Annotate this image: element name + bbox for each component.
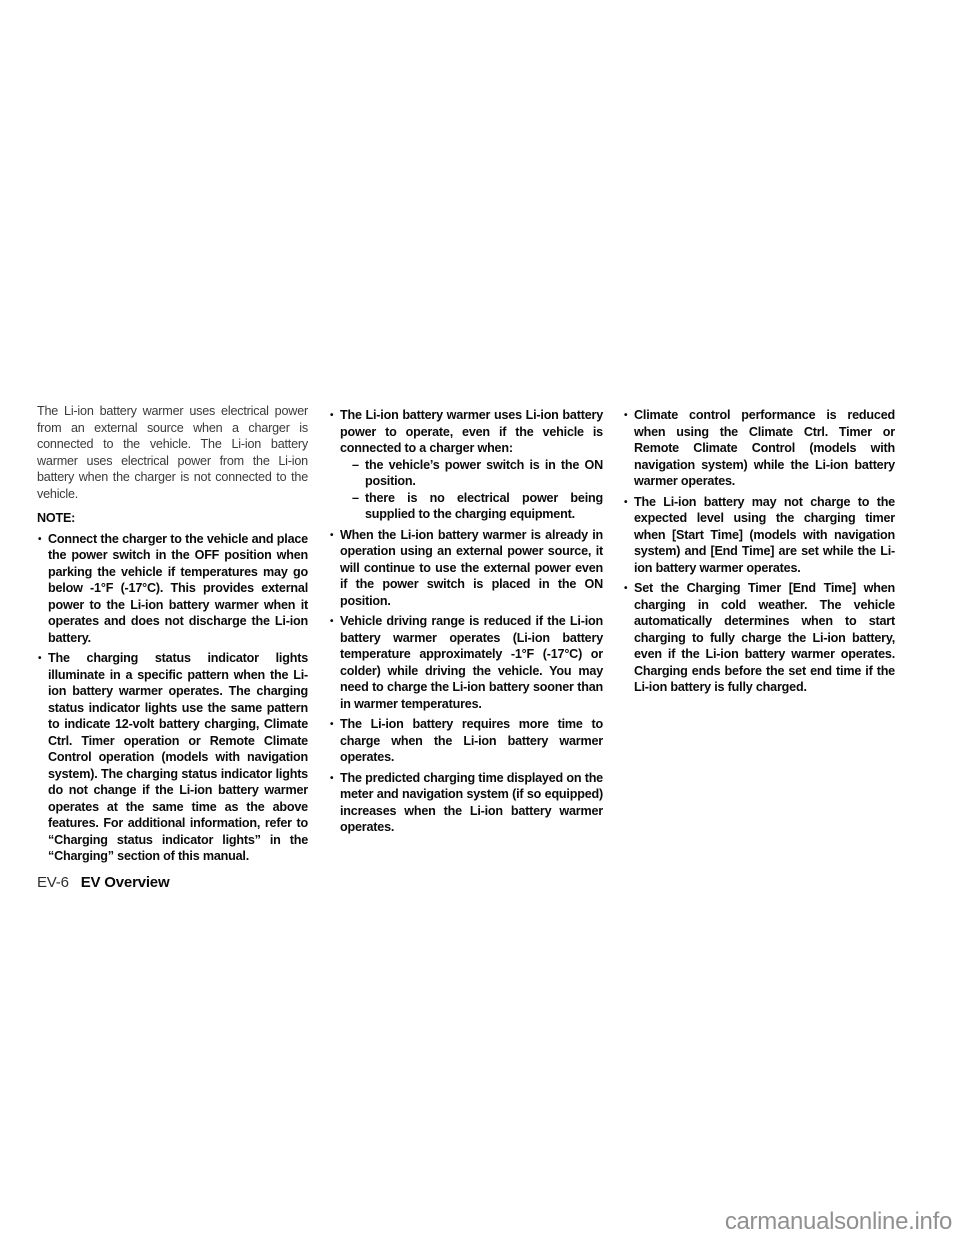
- dash-marker: –: [352, 457, 359, 474]
- page-footer: EV-6EV Overview: [37, 874, 169, 891]
- bullet-marker: •: [624, 408, 627, 425]
- section-title: EV Overview: [81, 874, 170, 891]
- column-1: The Li-ion battery warmer uses electrica…: [37, 403, 308, 865]
- bullet-marker: •: [330, 614, 333, 631]
- dash-marker: –: [352, 490, 359, 507]
- sub-bullet-text: the vehicle’s power switch is in the ON …: [365, 458, 603, 489]
- bullet-text: The predicted charging time displayed on…: [340, 771, 603, 835]
- bullet-item: • The charging status indicator lights i…: [37, 650, 308, 865]
- bullet-text: Connect the charger to the vehicle and p…: [48, 532, 308, 645]
- bullet-item: • The Li-ion battery may not charge to t…: [623, 494, 895, 577]
- bullet-text: Set the Charging Timer [End Time] when c…: [634, 581, 895, 694]
- bullet-marker: •: [624, 581, 627, 598]
- bullet-marker: •: [38, 532, 41, 549]
- manual-page: The Li-ion battery warmer uses electrica…: [0, 0, 960, 1242]
- bullet-item: • Set the Charging Timer [End Time] when…: [623, 580, 895, 696]
- bullet-item: • Vehicle driving range is reduced if th…: [329, 613, 603, 712]
- bullet-text: The Li-ion battery requires more time to…: [340, 717, 603, 764]
- bullet-item: • The Li-ion battery requires more time …: [329, 716, 603, 766]
- bullet-text: The Li-ion battery warmer uses Li-ion ba…: [340, 408, 603, 455]
- bullet-item: • Climate control performance is reduced…: [623, 407, 895, 490]
- sub-bullet-text: there is no electrical power being suppl…: [365, 491, 603, 522]
- watermark: carmanualsonline.info: [725, 1208, 952, 1236]
- bullet-marker: •: [38, 651, 41, 668]
- sub-bullet-item: – there is no electrical power being sup…: [329, 490, 603, 523]
- bullet-marker: •: [624, 495, 627, 512]
- bullet-marker: •: [330, 771, 333, 788]
- sub-bullet-item: – the vehicle’s power switch is in the O…: [329, 457, 603, 490]
- bullet-marker: •: [330, 717, 333, 734]
- bullet-item: • The Li-ion battery warmer uses Li-ion …: [329, 407, 603, 457]
- bullet-item: • When the Li-ion battery warmer is alre…: [329, 527, 603, 610]
- bullet-item: • Connect the charger to the vehicle and…: [37, 531, 308, 647]
- bullet-text: The Li-ion battery may not charge to the…: [634, 495, 895, 575]
- bullet-text: The charging status indicator lights ill…: [48, 651, 308, 863]
- bullet-marker: •: [330, 408, 333, 425]
- bullet-text: When the Li-ion battery warmer is alread…: [340, 528, 603, 608]
- column-3: • Climate control performance is reduced…: [623, 403, 895, 696]
- intro-paragraph: The Li-ion battery warmer uses electrica…: [37, 403, 308, 502]
- bullet-marker: •: [330, 528, 333, 545]
- column-2: • The Li-ion battery warmer uses Li-ion …: [329, 403, 603, 836]
- page-number: EV-6: [37, 874, 69, 891]
- note-label: NOTE:: [37, 510, 308, 527]
- bullet-text: Vehicle driving range is reduced if the …: [340, 614, 603, 711]
- bullet-text: Climate control performance is reduced w…: [634, 408, 895, 488]
- bullet-item: • The predicted charging time displayed …: [329, 770, 603, 836]
